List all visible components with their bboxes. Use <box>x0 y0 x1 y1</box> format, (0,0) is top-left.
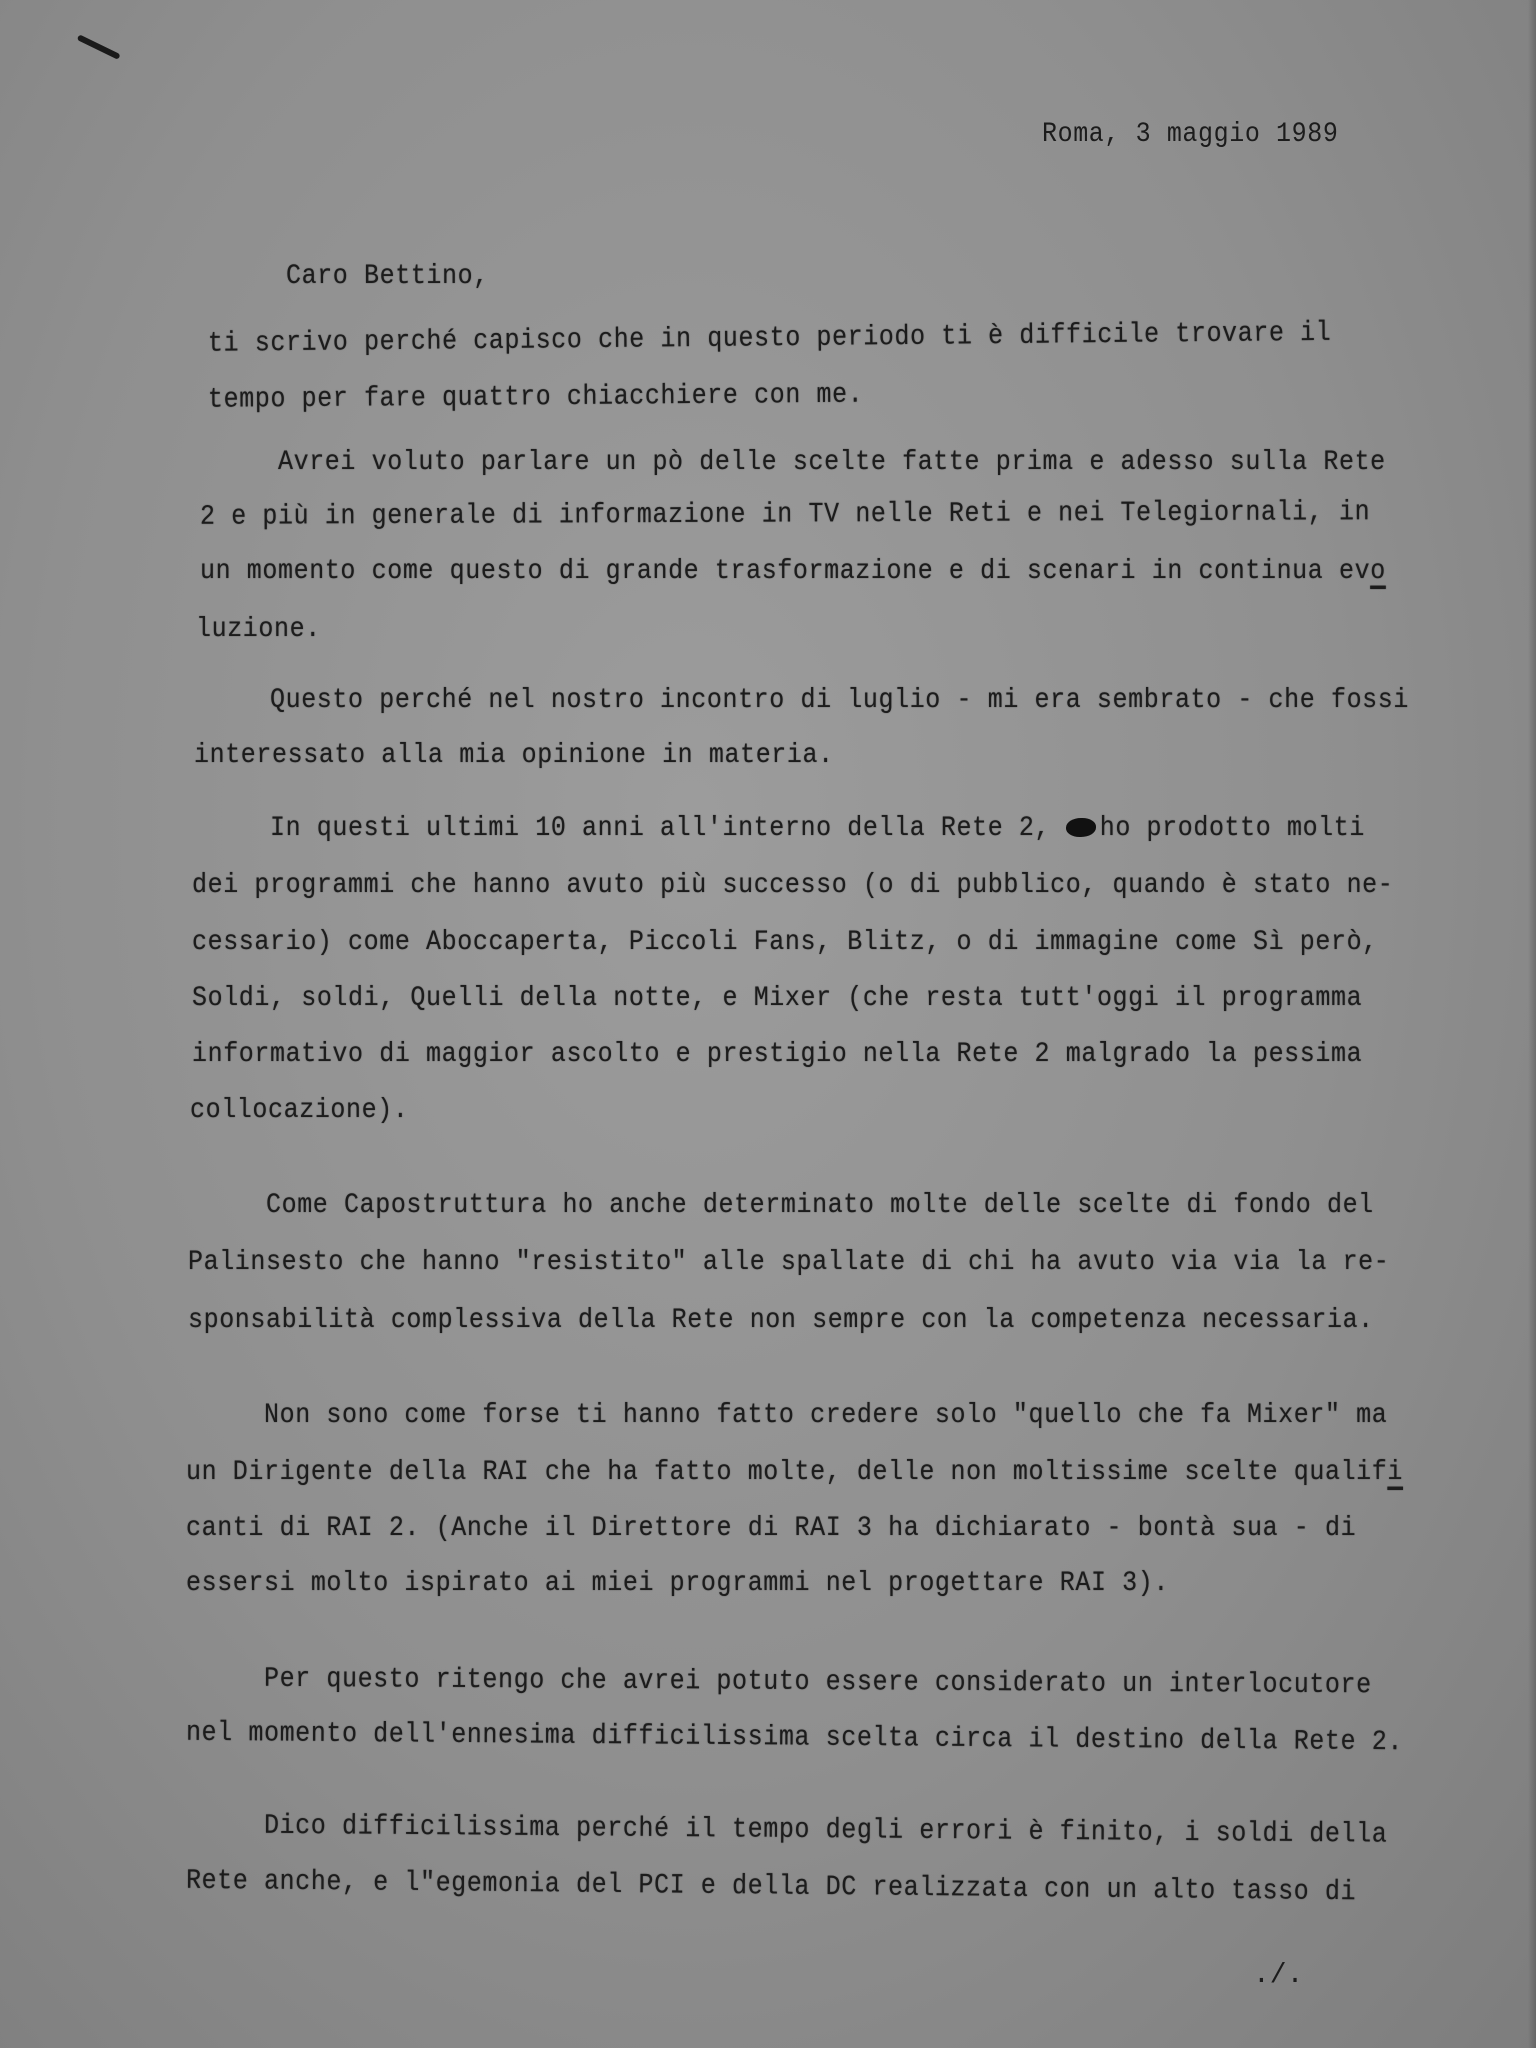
paragraph-3-line-1: Questo perché nel nostro incontro di lug… <box>270 683 1409 715</box>
paragraph-4-line-1: In questi ultimi 10 anni all'interno del… <box>270 811 1365 843</box>
place-date: Roma, 3 maggio 1989 <box>1042 117 1338 149</box>
paragraph-5-line-1: Come Capostruttura ho anche determinato … <box>266 1188 1374 1220</box>
paragraph-6-line-4: essersi molto ispirato ai miei programmi… <box>186 1566 1169 1598</box>
paragraph-6-line-2-text: un Dirigente della RAI che ha fatto molt… <box>186 1455 1387 1487</box>
continuation-mark: ./. <box>1253 1960 1303 1991</box>
paragraph-5-line-3: sponsabilità complessiva della Rete non … <box>188 1303 1374 1335</box>
paragraph-7-line-2: nel momento dell'ennesima difficilissima… <box>186 1716 1403 1758</box>
salutation: Caro Bettino, <box>286 259 489 291</box>
paragraph-6-line-2: un Dirigente della RAI che ha fatto molt… <box>186 1455 1403 1487</box>
paragraph-2-line-1: Avrei voluto parlare un pò delle scelte … <box>278 445 1386 477</box>
paragraph-4-line-4: Soldi, soldi, Quelli della notte, e Mixe… <box>192 981 1362 1013</box>
hyphenation-underline-o: o <box>1370 554 1386 586</box>
pen-mark <box>77 34 121 60</box>
page-edge-shadow <box>1528 0 1536 2048</box>
paragraph-1-line-1: ti scrivo perché capisco che in questo p… <box>208 316 1332 359</box>
paragraph-2-line-2: 2 e più in generale di informazione in T… <box>200 496 1370 533</box>
paragraph-4-line-5: informativo di maggior ascolto e prestig… <box>192 1037 1362 1069</box>
paragraph-3-line-2: interessato alla mia opinione in materia… <box>194 738 834 770</box>
paragraph-1-line-2: tempo per fare quattro chiacchiere con m… <box>208 378 863 416</box>
paragraph-8-line-2: Rete anche, e l"egemonia del PCI e della… <box>186 1864 1356 1908</box>
paragraph-4-line-1-text-b: ho prodotto molti <box>1100 811 1365 843</box>
paragraph-7-line-1: Per questo ritengo che avrei potuto esse… <box>264 1662 1372 1701</box>
ink-blot-correction <box>1066 818 1096 837</box>
hyphenation-underline-i: i <box>1387 1455 1403 1487</box>
paragraph-4-line-3: cessario) come Aboccaperta, Piccoli Fans… <box>192 925 1378 957</box>
paragraph-2-line-3-text: un momento come questo di grande trasfor… <box>200 554 1370 586</box>
paragraph-4-line-6: collocazione). <box>190 1093 408 1125</box>
paragraph-4-line-1-text-a: In questi ultimi 10 anni all'interno del… <box>270 811 1066 843</box>
paragraph-2-line-3: un momento come questo di grande trasfor… <box>200 554 1386 586</box>
paragraph-4-line-2: dei programmi che hanno avuto più succes… <box>192 868 1393 900</box>
paragraph-6-line-1: Non sono come forse ti hanno fatto crede… <box>264 1398 1387 1430</box>
paragraph-2-line-4: luzione. <box>196 612 321 644</box>
paragraph-8-line-1: Dico difficilissima perché il tempo degl… <box>264 1809 1388 1850</box>
paragraph-5-line-2: Palinsesto che hanno "resistito" alle sp… <box>188 1245 1389 1277</box>
paragraph-6-line-3: canti di RAI 2. (Anche il Direttore di R… <box>186 1511 1356 1543</box>
